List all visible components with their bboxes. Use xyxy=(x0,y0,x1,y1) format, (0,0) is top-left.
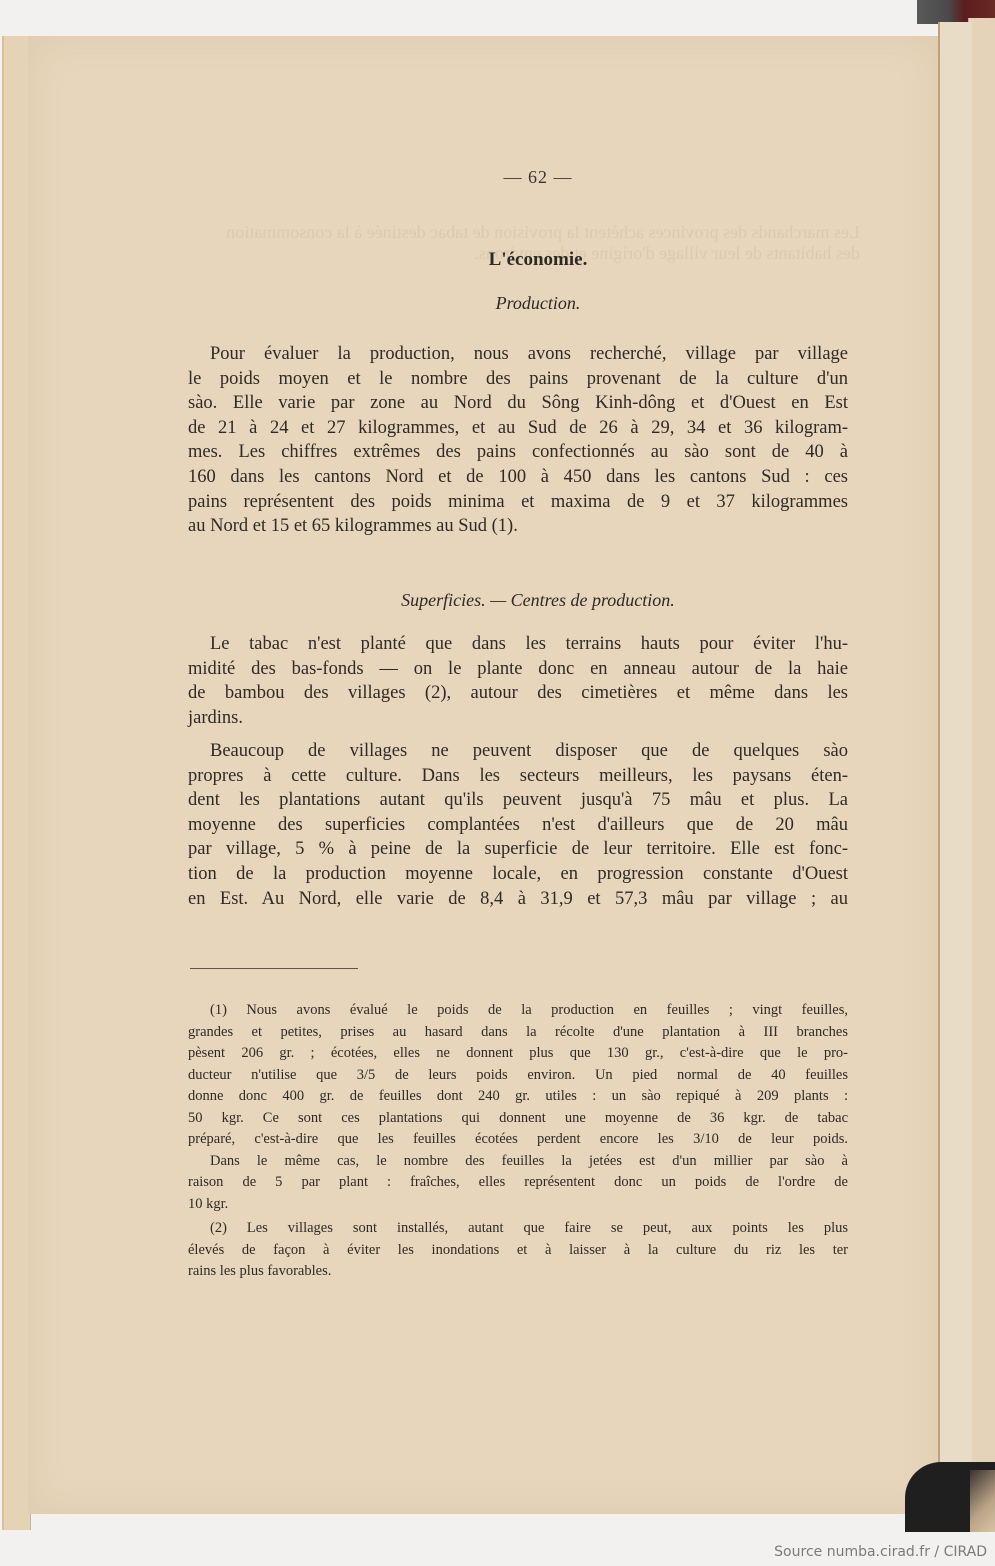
text-line: jardins. xyxy=(188,706,848,731)
text-line: dent les plantations autant qu'ils peuve… xyxy=(188,788,848,813)
section-title: L'économie. xyxy=(188,249,888,271)
footnote-line: élevés de façon à éviter les inondations… xyxy=(188,1240,848,1262)
footnote-line: pèsent 206 gr. ; écotées, elles ne donne… xyxy=(188,1043,848,1065)
text-line: Le tabac n'est planté que dans les terra… xyxy=(188,632,848,657)
footnote-line: 50 kgr. Ce sont ces plantations qui donn… xyxy=(188,1108,848,1130)
text-line: le poids moyen et le nombre des pains pr… xyxy=(188,367,848,392)
scanned-page-view: Les marchands des provinces achètent la … xyxy=(0,0,995,1566)
footnote-2: (2) Les villages sont installés, autant … xyxy=(188,1218,848,1283)
text-line: midité des bas-fonds — on le plante donc… xyxy=(188,657,848,682)
right-page-edge-outer xyxy=(968,18,995,1528)
text-line: mes. Les chiffres extrêmes des pains con… xyxy=(188,440,848,465)
text-line: Pour évaluer la production, nous avons r… xyxy=(188,342,848,367)
footnote-line: 10 kgr. xyxy=(188,1194,848,1216)
text-line: en Est. Au Nord, elle varie de 8,4 à 31,… xyxy=(188,887,848,912)
left-binding-edge xyxy=(2,36,31,1530)
book-cover-bottom-edge xyxy=(970,1470,995,1532)
source-attribution: Source numba.cirad.fr / CIRAD xyxy=(768,1544,987,1560)
text-line: au Nord et 15 et 65 kilogrammes au Sud (… xyxy=(188,514,848,539)
footnote-line: (1) Nous avons évalué le poids de la pro… xyxy=(188,1000,848,1022)
text-line: sào. Elle varie par zone au Nord du Sông… xyxy=(188,391,848,416)
footnote-line: grandes et petites, prises au hasard dan… xyxy=(188,1022,848,1044)
paragraph-villages: Beaucoup de villages ne peuvent disposer… xyxy=(188,739,848,911)
text-line: de 21 à 24 et 27 kilogrammes, et au Sud … xyxy=(188,416,848,441)
subsection-title-production: Production. xyxy=(188,293,888,314)
text-line: tion de la production moyenne locale, en… xyxy=(188,862,848,887)
paragraph-tabac: Le tabac n'est planté que dans les terra… xyxy=(188,632,848,730)
footnote-line: donne donc 400 gr. de feuilles dont 240 … xyxy=(188,1086,848,1108)
subsection-title-superficies: Superficies. — Centres de production. xyxy=(188,590,888,611)
text-line: de bambou des villages (2), autour des c… xyxy=(188,681,848,706)
footnote-divider xyxy=(190,968,358,969)
text-line: propres à cette culture. Dans les secteu… xyxy=(188,764,848,789)
text-line: par village, 5 % à peine de la superfici… xyxy=(188,837,848,862)
footnote-line: rains les plus favorables. xyxy=(188,1261,848,1283)
text-line: Beaucoup de villages ne peuvent disposer… xyxy=(188,739,848,764)
right-page-edge-inner xyxy=(938,22,972,1502)
page-number: — 62 — xyxy=(188,167,888,188)
footnote-line: ducteur n'utilise que 3/5 de leurs poids… xyxy=(188,1065,848,1087)
text-line: pains représentent des poids minima et m… xyxy=(188,490,848,515)
footnote-line: préparé, c'est-à-dire que les feuilles é… xyxy=(188,1129,848,1151)
footnote-line: raison de 5 par plant : fraîches, elles … xyxy=(188,1172,848,1194)
footnote-line: Dans le même cas, le nombre des feuilles… xyxy=(188,1151,848,1173)
paragraph-production: Pour évaluer la production, nous avons r… xyxy=(188,342,848,539)
text-line: 160 dans les cantons Nord et de 100 à 45… xyxy=(188,465,848,490)
text-line: moyenne des superficies complantées n'es… xyxy=(188,813,848,838)
footnote-line: (2) Les villages sont installés, autant … xyxy=(188,1218,848,1240)
footnote-1: (1) Nous avons évalué le poids de la pro… xyxy=(188,1000,848,1215)
